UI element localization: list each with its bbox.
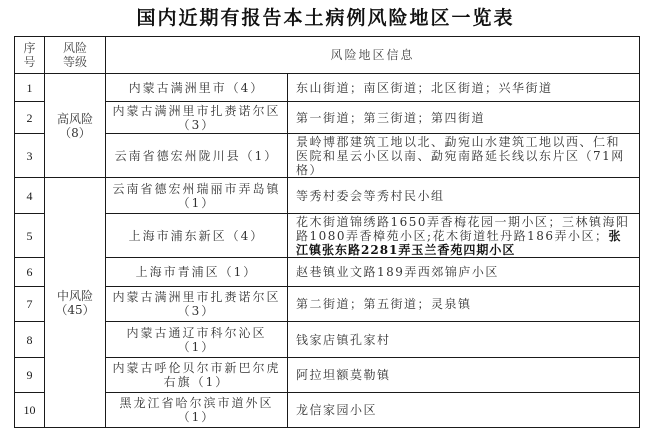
row-number: 8: [15, 322, 45, 358]
page-title: 国内近期有报告本土病例风险地区一览表: [0, 4, 651, 32]
row-number: 2: [15, 102, 45, 134]
table-row: 10 黑龙江省哈尔滨市道外区（1） 龙信家园小区: [15, 393, 640, 428]
table-row: 6 上海市青浦区（1） 赵巷镇业文路189弄西郊锦庐小区: [15, 258, 640, 287]
table-row: 1 高风险 （8） 内蒙古满洲里市（4） 东山街道；南区街道；北区街道；兴华街道: [15, 74, 640, 102]
region-name: 云南省德宏州瑞丽市弄岛镇（1）: [106, 178, 288, 214]
region-detail: 钱家店镇孔家村: [288, 322, 640, 358]
row-number: 3: [15, 134, 45, 178]
region-name: 上海市青浦区（1）: [106, 258, 288, 287]
header-number-line1: 序: [23, 41, 35, 55]
row-number: 7: [15, 287, 45, 322]
region-name: 上海市浦东新区（4）: [106, 214, 288, 258]
table-row: 7 内蒙古满洲里市扎赉诺尔区（3） 第二街道；第五街道；灵泉镇: [15, 287, 640, 322]
table-row: 3 云南省德宏州陇川县（1） 景岭博郡建筑工地以北、勐宛山水建筑工地以西、仁和医…: [15, 134, 640, 178]
table-header-row: 序 号 风险 等级 风险地区信息: [15, 37, 640, 74]
risk-level-label: 中风险: [45, 289, 105, 303]
region-detail: 花木街道锦绣路1650弄香梅花园一期小区；三林镇海阳路1080弄香樟苑小区;花木…: [288, 214, 640, 258]
table-row: 2 内蒙古满洲里市扎赉诺尔区（3） 第一街道；第三街道；第四街道: [15, 102, 640, 134]
region-name: 内蒙古呼伦贝尔市新巴尔虎右旗（1）: [106, 358, 288, 393]
region-detail: 龙信家园小区: [288, 393, 640, 428]
table-row: 5 上海市浦东新区（4） 花木街道锦绣路1650弄香梅花园一期小区；三林镇海阳路…: [15, 214, 640, 258]
region-name: 内蒙古满洲里市扎赉诺尔区（3）: [106, 287, 288, 322]
risk-level-label: 高风险: [45, 112, 105, 126]
region-name: 内蒙古满洲里市扎赉诺尔区（3）: [106, 102, 288, 134]
row-number: 1: [15, 74, 45, 102]
row-number: 4: [15, 178, 45, 214]
region-name: 内蒙古满洲里市（4）: [106, 74, 288, 102]
risk-level-count: （8）: [45, 126, 105, 140]
row-number: 10: [15, 393, 45, 428]
table-row: 8 内蒙古通辽市科尔沁区（1） 钱家店镇孔家村: [15, 322, 640, 358]
region-detail: 东山街道；南区街道；北区街道；兴华街道: [288, 74, 640, 102]
risk-level-high: 高风险 （8）: [45, 74, 106, 178]
risk-level-count: （45）: [45, 303, 105, 317]
region-detail: 赵巷镇业文路189弄西郊锦庐小区: [288, 258, 640, 287]
region-detail: 等秀村委会等秀村民小组: [288, 178, 640, 214]
header-number: 序 号: [15, 37, 45, 74]
header-level-line1: 风险: [63, 41, 87, 55]
row-number: 6: [15, 258, 45, 287]
region-detail-text: 花木街道锦绣路1650弄香梅花园一期小区；三林镇海阳路1080弄香樟苑小区;花木…: [296, 215, 630, 243]
region-detail: 第二街道；第五街道；灵泉镇: [288, 287, 640, 322]
row-number: 5: [15, 214, 45, 258]
region-name: 云南省德宏州陇川县（1）: [106, 134, 288, 178]
table-row: 9 内蒙古呼伦贝尔市新巴尔虎右旗（1） 阿拉坦额莫勒镇: [15, 358, 640, 393]
region-name: 黑龙江省哈尔滨市道外区（1）: [106, 393, 288, 428]
row-number: 9: [15, 358, 45, 393]
header-number-line2: 号: [23, 55, 35, 69]
risk-area-table: 序 号 风险 等级 风险地区信息 1 高风险 （8） 内蒙古满洲里市（4） 东山…: [14, 36, 640, 428]
table-row: 4 中风险 （45） 云南省德宏州瑞丽市弄岛镇（1） 等秀村委会等秀村民小组: [15, 178, 640, 214]
region-name: 内蒙古通辽市科尔沁区（1）: [106, 322, 288, 358]
risk-level-medium: 中风险 （45）: [45, 178, 106, 428]
header-risk-area-info: 风险地区信息: [106, 37, 640, 74]
region-detail: 第一街道；第三街道；第四街道: [288, 102, 640, 134]
header-level-line2: 等级: [63, 55, 87, 69]
header-risk-level: 风险 等级: [45, 37, 106, 74]
region-detail: 景岭博郡建筑工地以北、勐宛山水建筑工地以西、仁和医院和星云小区以南、勐宛南路延长…: [288, 134, 640, 178]
region-detail: 阿拉坦额莫勒镇: [288, 358, 640, 393]
